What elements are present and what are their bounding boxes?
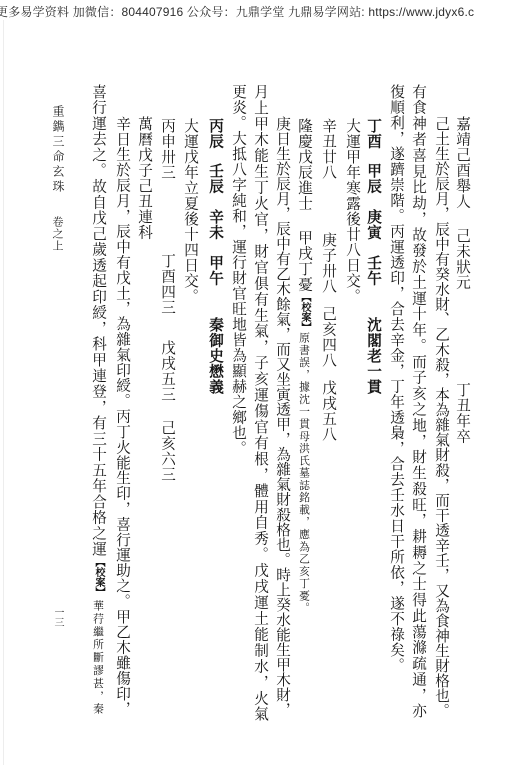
- entry2-collation-label: 【校案】: [298, 292, 310, 332]
- entry2-pillar-month: 甲辰: [365, 163, 381, 194]
- entry2-luck-pillar-4: 戊戌五八: [320, 380, 336, 442]
- entry1-commentary-line-2: 有食神者喜見比劫，故發於土運十年。而子亥之地，財生殺旺，耕耨之士得此蕩滌疏通，亦: [410, 84, 426, 718]
- entry3-collation-label: 【校案】: [92, 557, 104, 597]
- entry3-luck-pillar-3: 戊戌五三: [159, 340, 175, 402]
- entry3-pillar-hour: 甲午: [207, 255, 223, 286]
- entry2-collation-note: 原書誤，據沈一貫母洪氏墓誌銘載，應為乙亥丁憂。: [298, 332, 310, 613]
- entry3-luck-pillar-2: 丁酉四三: [159, 253, 175, 315]
- entry1-commentary-line-3: 復順利，遂躋崇階。丙運透印，合去辛金，丁年透梟，合去壬水日干所依，遂不祿矣。: [388, 84, 404, 673]
- running-title-book: 重鐫三命玄珠: [51, 105, 64, 195]
- entry3-pillar-day: 辛未: [207, 209, 223, 240]
- page-number: 一三: [52, 607, 63, 627]
- entry2-pillar-day: 庚寅: [365, 209, 381, 240]
- entry3-exam: 萬曆戊子己丑連科: [136, 116, 152, 240]
- entry2-commentary-line-1: 庚日生於辰月，辰中有乙木餘氣，而又坐寅透甲，為雜氣財殺格也。時上癸水能生甲木財，: [274, 116, 290, 717]
- entry3-subject-name: 秦御史懋義: [207, 317, 223, 395]
- entry3-luck-pillar-4: 己亥六三: [159, 420, 175, 482]
- entry2-event: 甲戌丁憂: [296, 230, 312, 292]
- entry2-subject-name: 沈閣老一貫: [365, 317, 381, 395]
- entry1-death: 丁丑年卒: [454, 382, 470, 444]
- entry2-pillar-hour: 壬午: [365, 255, 381, 286]
- running-title-volume: 卷之上: [51, 216, 64, 252]
- entry3-luck-pillar-1: 丙申卅三: [159, 118, 175, 180]
- watermark-banner: 更多易学资料 加微信：804407916 公众号：九鼎学堂 九鼎易学网站: ht…: [0, 4, 514, 20]
- entry3-commentary-line-1: 辛日生於辰月，辰中有戊土，為雜氣印綬。丙丁火能生印，喜行運助之。甲乙木雖傷印，: [114, 116, 130, 716]
- entry3-luck-start: 大運戊年立夏後十四日交。: [182, 118, 198, 304]
- entry1-commentary-line-1: 己土生於辰月，辰中有癸水財、乙木殺，本為雜氣財殺，而干透辛壬，又為食神生財格也。: [433, 116, 449, 718]
- entry2-pillar-year: 丁酉: [365, 118, 381, 149]
- entry2-luck-pillar-3: 己亥四八: [320, 306, 336, 368]
- entry2-luck-pillar-1: 辛丑廿八: [320, 118, 336, 180]
- entry2-exam: 隆慶戊辰進士: [296, 118, 312, 211]
- entry1-rank: 己未狀元: [454, 228, 470, 290]
- entry3-pillar-year: 丙辰: [207, 118, 223, 149]
- entry1-exam: 嘉靖己酉舉人: [454, 116, 470, 209]
- entry2-commentary-line-2: 月上甲木能生丁火官，財官俱有生氣，子亥運傷官有根，體用自秀。戊戌運土能制水，火氣: [252, 84, 268, 721]
- entry2-luck-start: 大運甲年寒露後廿八日交。: [344, 118, 360, 304]
- entry2-commentary-line-3: 更炎。大抵八字純和，運行財官旺地皆為顯赫之鄉也。: [230, 84, 246, 456]
- scan-page-edge: [3, 20, 4, 765]
- entry3-collation-note: 華荇繼所斷謬甚，秦: [92, 600, 104, 714]
- entry3-pillar-month: 壬辰: [207, 163, 223, 194]
- entry2-luck-pillar-2: 庚子卅八: [320, 232, 336, 294]
- entry3-commentary-line-2: 喜行運去之。故自戊己歲透起印綬，科甲連登，有三十五年合格之運: [90, 84, 106, 556]
